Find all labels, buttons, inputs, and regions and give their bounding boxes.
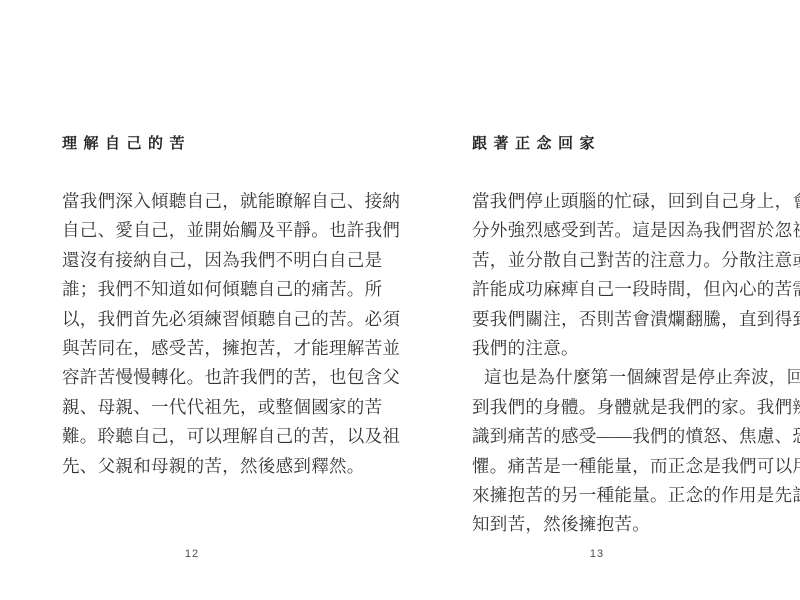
text-line: 還沒有接納自己，因為我們不明白自己是 [62, 246, 404, 275]
text-line: 容許苦慢慢轉化。也許我們的苦，也包含父 [62, 363, 404, 392]
paragraph: 這也是為什麼第一個練習是停止奔波，回 到我們的身體。身體就是我們的家。我們辨 識… [472, 363, 798, 539]
text-line: 分外強烈感受到苦。這是因為我們習於忽視 [472, 216, 798, 245]
paragraph: 當我們停止頭腦的忙碌，回到自己身上，會 分外強烈感受到苦。這是因為我們習於忽視 … [472, 187, 798, 363]
paragraph: 當我們深入傾聽自己，就能瞭解自己、接納 自己、愛自己，並開始觸及平靜。也許我們 … [62, 187, 404, 481]
text-line: 知到苦，然後擁抱苦。 [472, 510, 798, 539]
text-line: 親、母親、一代代祖先，或整個國家的苦 [62, 393, 404, 422]
text-line: 識到痛苦的感受——我們的憤怒、焦慮、恐 [472, 422, 798, 451]
text-line: 懼。痛苦是一種能量，而正念是我們可以用 [472, 452, 798, 481]
text-line: 許能成功麻痺自己一段時間，但內心的苦需 [472, 275, 798, 304]
text-line: 先、父親和母親的苦，然後感到釋然。 [62, 452, 404, 481]
text-line: 要我們關注，否則苦會潰爛翻騰，直到得到 [472, 305, 798, 334]
text-line: 這也是為什麼第一個練習是停止奔波，回 [472, 363, 798, 392]
body-text-left: 當我們深入傾聽自己，就能瞭解自己、接納 自己、愛自己，並開始觸及平靜。也許我們 … [62, 187, 404, 481]
text-line: 難。聆聽自己，可以理解自己的苦，以及祖 [62, 422, 404, 451]
chapter-title-right: 跟著正念回家 [472, 132, 601, 153]
page-number-left: 12 [179, 548, 205, 560]
text-line: 到我們的身體。身體就是我們的家。我們辨 [472, 393, 798, 422]
text-line: 與苦同在，感受苦，擁抱苦，才能理解苦並 [62, 334, 404, 363]
text-line: 誰；我們不知道如何傾聽自己的痛苦。所 [62, 275, 404, 304]
text-line: 以，我們首先必須練習傾聽自己的苦。必須 [62, 305, 404, 334]
text-line: 來擁抱苦的另一種能量。正念的作用是先認 [472, 481, 798, 510]
text-line: 我們的注意。 [472, 334, 798, 363]
body-text-right: 當我們停止頭腦的忙碌，回到自己身上，會 分外強烈感受到苦。這是因為我們習於忽視 … [472, 187, 798, 540]
chapter-title-left: 理解自己的苦 [62, 132, 191, 153]
text-line: 當我們停止頭腦的忙碌，回到自己身上，會 [472, 187, 798, 216]
text-line: 當我們深入傾聽自己，就能瞭解自己、接納 [62, 187, 404, 216]
book-spread: 理解自己的苦 當我們深入傾聽自己，就能瞭解自己、接納 自己、愛自己，並開始觸及平… [0, 0, 800, 600]
text-line: 苦，並分散自己對苦的注意力。分散注意或 [472, 246, 798, 275]
page-number-right: 13 [584, 548, 610, 560]
text-line: 自己、愛自己，並開始觸及平靜。也許我們 [62, 216, 404, 245]
